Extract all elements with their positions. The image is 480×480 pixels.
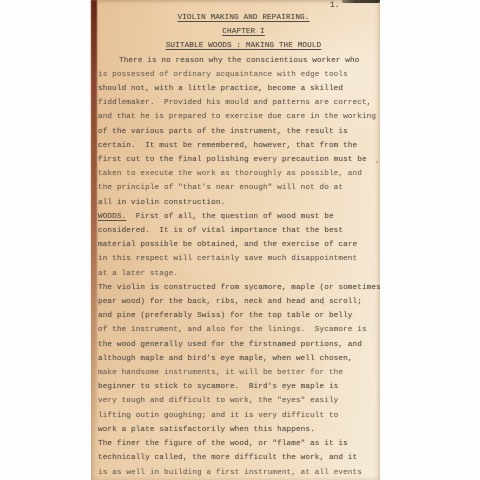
chapter-heading: CHAPTER I: [111, 25, 376, 39]
page-number: 1.: [330, 1, 340, 10]
typed-line: is as well in building a first instrumen…: [98, 466, 376, 480]
typed-line: beginner to stick to sycamore. Bird's ey…: [98, 380, 376, 394]
typed-line: technically called, the more difficult t…: [98, 451, 376, 465]
scanner-background: 1. VIOLIN MAKING AND REPAIRING. CHAPTER …: [0, 0, 480, 480]
typed-line: work a plate satisfactorily when this ha…: [98, 423, 376, 437]
typed-line: very tough and difficult to work, the "e…: [98, 394, 376, 408]
page-left-edge-shadow: [91, 0, 97, 450]
typed-line: in this respect will certainly save much…: [98, 252, 376, 266]
typed-line: WOODS. First of all, the question of woo…: [98, 210, 376, 224]
page-top-edge-shadow: [342, 0, 380, 3]
typed-line: the wood generally used for the firstnam…: [98, 338, 376, 352]
typed-line: should not, with a little practice, beco…: [98, 82, 376, 96]
typed-line: of the various parts of the instrument, …: [98, 125, 376, 139]
typed-line: first cut to the final polishing every p…: [98, 153, 376, 167]
typed-line: The violin is constructed from sycamore,…: [98, 281, 376, 295]
typed-line: pear wood) for the back, ribs, neck and …: [98, 295, 376, 309]
typed-line: taken to execute the work as thoroughly …: [98, 167, 376, 181]
typed-line: There is no reason why the conscientious…: [98, 54, 376, 68]
typed-line: although maple and bird's eye maple, whe…: [98, 352, 376, 366]
typed-line: fiddlemaker. Provided his mould and patt…: [98, 96, 376, 110]
typed-line: all in violin construction.: [98, 196, 376, 210]
typed-line: material possible be obtained, and the e…: [98, 238, 376, 252]
section-heading: SUITABLE WOODS : MAKING THE MOULD: [111, 39, 376, 53]
typed-line: The finer the figure of the wood, or "fl…: [98, 437, 376, 451]
paper-speck: [376, 161, 378, 163]
typed-line: the principle of "that's near enough" wi…: [98, 181, 376, 195]
typed-line: is possessed of ordinary acquaintance wi…: [98, 68, 376, 82]
title-heading: VIOLIN MAKING AND REPAIRING.: [111, 11, 376, 25]
typed-content: VIOLIN MAKING AND REPAIRING. CHAPTER I S…: [98, 11, 376, 480]
manuscript-page: 1. VIOLIN MAKING AND REPAIRING. CHAPTER …: [91, 0, 380, 480]
typed-line: at a later stage.: [98, 267, 376, 281]
typed-line: and that he is prepared to exercise due …: [98, 110, 376, 124]
typed-line: certain. It must be remembered, however,…: [98, 139, 376, 153]
typed-line: of the instrument, and also for the lini…: [98, 323, 376, 337]
typed-line: considered. It is of vital importance th…: [98, 224, 376, 238]
body-lines: There is no reason why the conscientious…: [98, 54, 376, 480]
typed-line: make handsome instruments, it will be be…: [98, 366, 376, 380]
typed-line: lifting outin goughing; and it is very d…: [98, 409, 376, 423]
typed-line: and pine (preferably Swiss) for the top …: [98, 309, 376, 323]
